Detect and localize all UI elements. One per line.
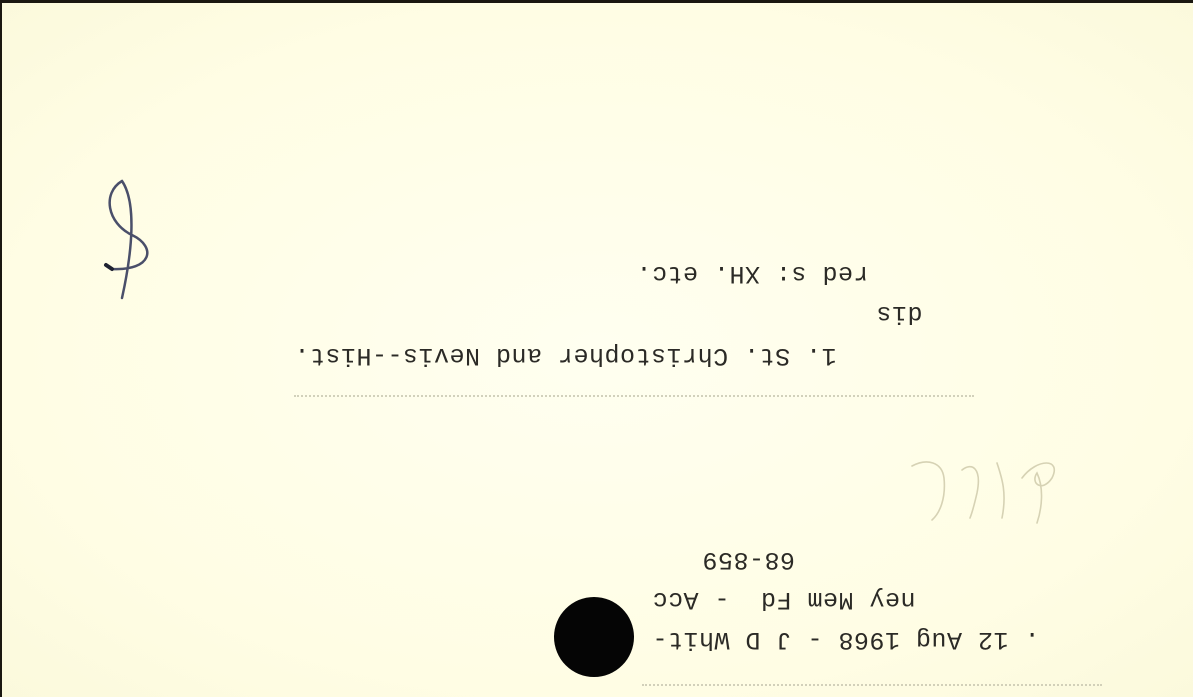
subject-heading: 1. St. Christopher and Nevis--Hist. — [294, 343, 837, 368]
note-reds: red s: XH. etc. — [636, 261, 869, 286]
punch-hole — [554, 597, 634, 677]
dotted-divider-bottom — [642, 684, 1102, 686]
accession-number: 68-859 — [702, 547, 795, 572]
note-dis: dis — [876, 301, 923, 326]
accession-line-1: . 12 Aug 1968 - J D Whit- — [652, 627, 1040, 652]
dotted-divider — [294, 395, 974, 397]
handwritten-s-mark-icon — [92, 173, 172, 303]
handwritten-initials-mark-icon — [902, 448, 1072, 528]
accession-line-2: ney Mem Fd - Acc — [652, 587, 916, 612]
catalog-card: red s: XH. etc. dis 1. St. Christopher a… — [2, 3, 1193, 697]
